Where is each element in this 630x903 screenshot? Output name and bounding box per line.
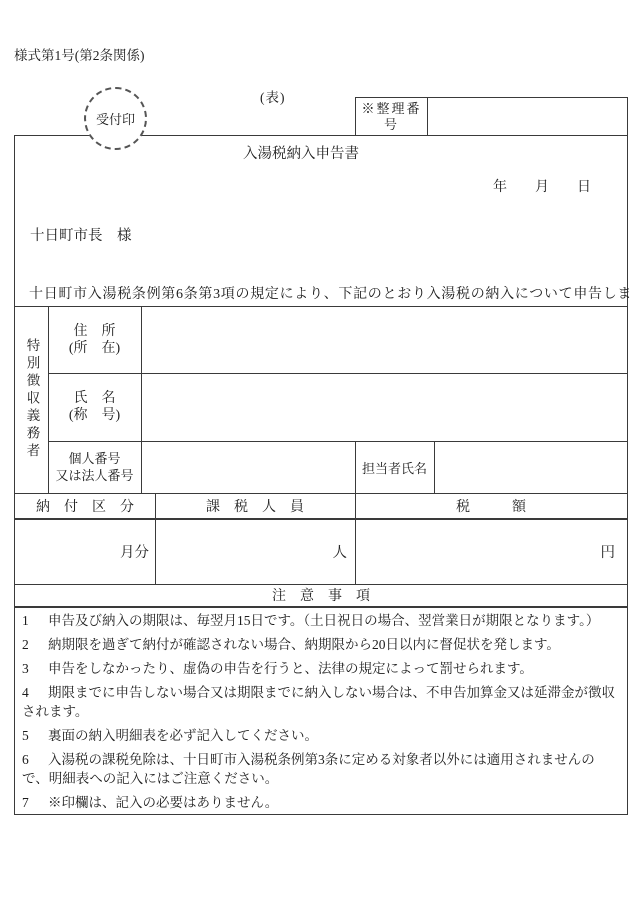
personal-or-corporate-number-label: 個人番号 又は法人番号 [48,441,141,493]
persons-suffix-label: 人 [333,541,348,562]
taxable-persons-field[interactable]: 人 [155,518,355,584]
notes-list: 1申告及び納入の期限は、毎翌月15日です。（土日祝日の場合、翌営業日が期限となり… [15,606,627,814]
payment-category-header: 納 付 区 分 [15,493,155,518]
side-label-front: (表) [260,86,286,106]
name-field[interactable] [141,373,627,441]
form-reference: 様式第1号(第2条関係) [14,44,145,64]
staff-name-label: 担当者氏名 [355,441,434,493]
note-item: 5裏面の納入明細表を必ず記入してください。 [22,726,621,745]
address-field[interactable] [141,306,627,373]
reception-stamp-circle: 受付印 [84,87,147,150]
yen-suffix-label: 円 [601,541,616,562]
personal-or-corporate-number-field[interactable] [141,441,355,493]
reception-stamp-label: 受付印 [96,109,135,128]
note-item: 1申告及び納入の期限は、毎翌月15日です。（土日祝日の場合、翌営業日が期限となり… [22,611,621,630]
date-line: 年 月 日 [15,176,627,196]
reference-number-field[interactable] [428,98,627,135]
reference-number-box: ※整理番号 [355,97,628,136]
note-item: 7※印欄は、記入の必要はありません。 [22,793,621,812]
form-table: 入湯税納入申告書 年 月 日 十日町市長 様 十日町市入湯税条例第6条第3項の規… [14,135,628,815]
taxable-persons-header: 課 税 人 員 [155,493,355,518]
staff-name-field[interactable] [434,441,627,493]
note-item: 2納期限を過ぎて納付が確認されない場合、納期限から20日以内に督促状を発します。 [22,635,621,654]
address-label: 住 所 (所 在) [48,306,141,373]
declaration-sentence: 十日町市入湯税条例第6条第3項の規定により、下記のとおり入湯税の納入について申告… [29,283,630,303]
reference-number-label: ※整理番号 [356,98,428,135]
notes-header: 注 意 事 項 [15,584,627,606]
month-suffix-label: 月分 [120,541,149,562]
note-item: 6入湯税の課税免除は、十日町市入湯税条例第3条に定める対象者以外には適用されませ… [22,750,621,788]
name-label: 氏 名 (称 号) [48,373,141,441]
tax-form-page: 様式第1号(第2条関係) (表) ※整理番号 受付印 入湯税納入申告書 年 月 … [0,0,630,903]
addressee: 十日町市長 様 [30,224,132,245]
special-collector-group-label: 特別徴収義務者 [15,306,48,493]
tax-amount-field[interactable]: 円 [355,518,627,584]
note-item: 3申告をしなかったり、虚偽の申告を行うと、法律の規定によって罰せられます。 [22,659,621,678]
tax-amount-header: 税 額 [355,493,627,518]
note-item: 4期限までに申告しない場合又は期限までに納入しない場合は、不申告加算金又は延滞金… [22,683,621,721]
payment-period-field[interactable]: 月分 [15,518,155,584]
